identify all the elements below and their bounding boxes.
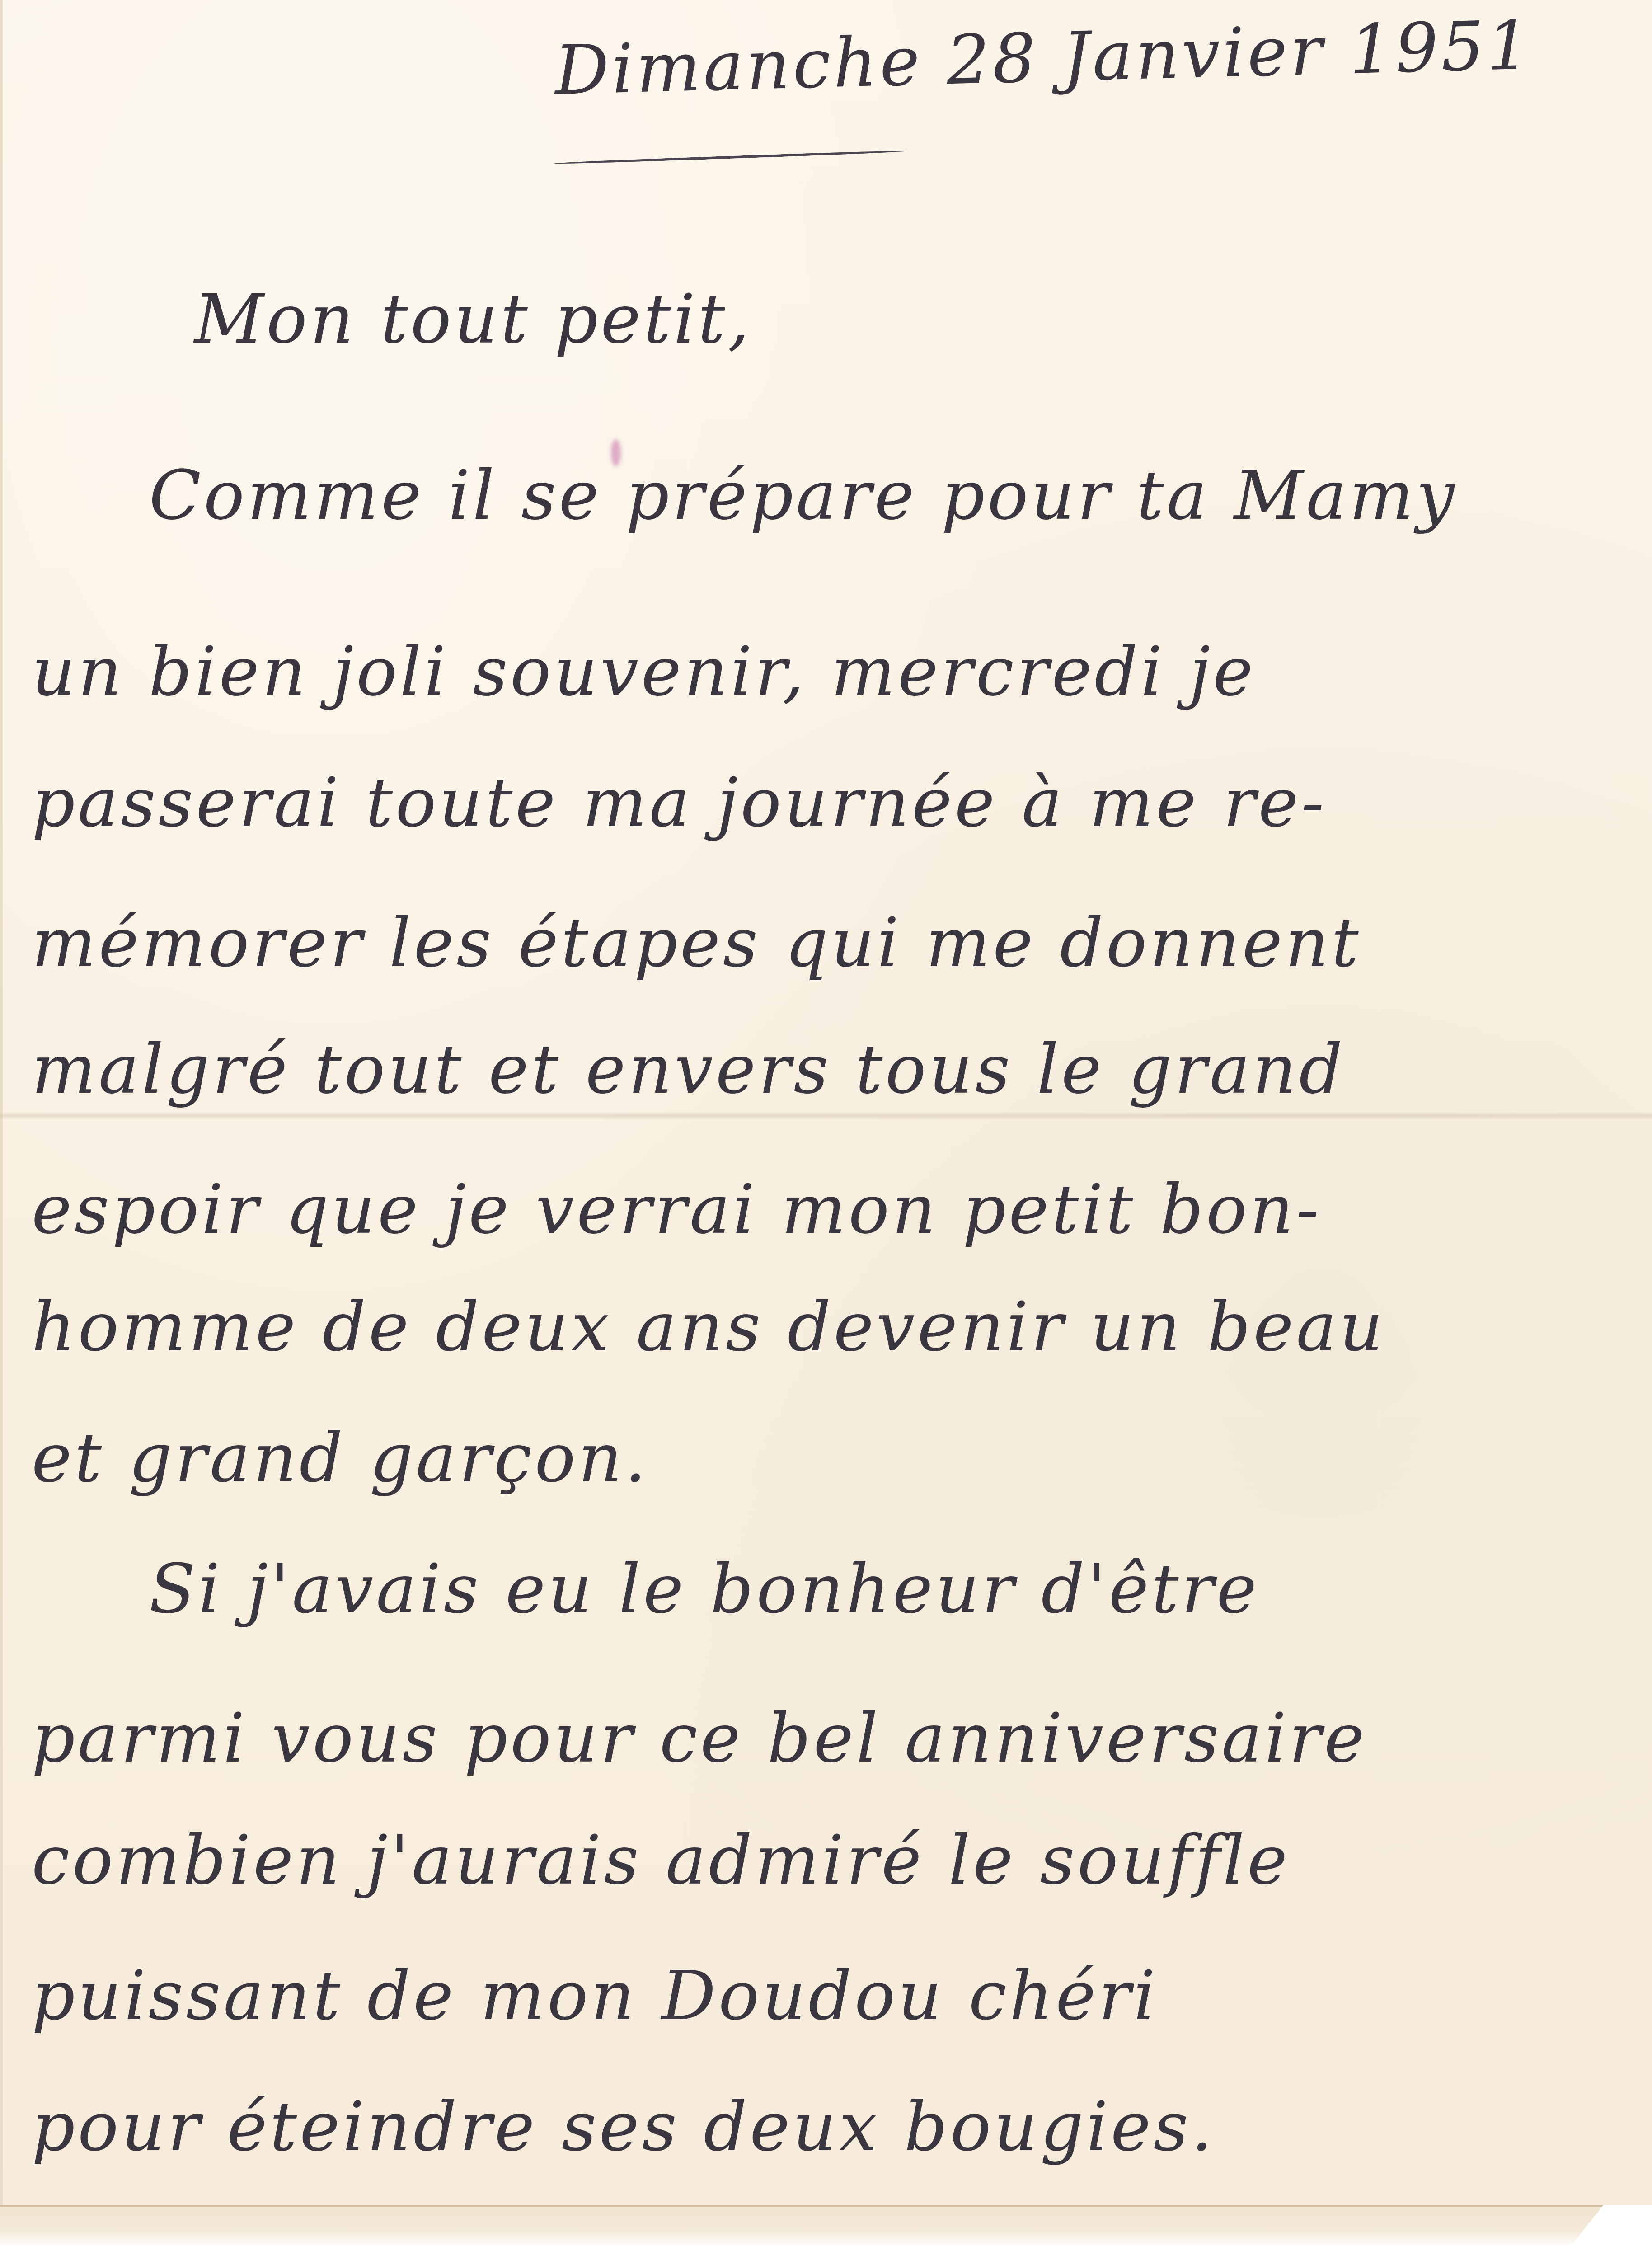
date-underline	[554, 150, 906, 164]
letter-line: passerai toute ma journée à me re-	[32, 764, 1327, 842]
letter-line: homme de deux ans devenir un beau	[32, 1288, 1386, 1367]
letter-line: parmi vous pour ce bel anniversaire	[32, 1699, 1367, 1778]
letter-line: et grand garçon.	[32, 1419, 649, 1498]
letter-line: puissant de mon Doudou chéri	[32, 1957, 1158, 2035]
paper-fold-line	[0, 1112, 1652, 1120]
letter-date: Dimanche 28 Janvier 1951	[554, 6, 1534, 110]
letter-line: malgré tout et envers tous le grand	[32, 1030, 1345, 1109]
letter-line: Comme il se prépare pour ta Mamy	[149, 456, 1457, 535]
letter-line: Si j'avais eu le bonheur d'être	[149, 1550, 1259, 1629]
paper-bottom-edge	[0, 2205, 1652, 2246]
letter-line: mémorer les étapes qui me donnent	[32, 904, 1361, 982]
letter-line: espoir que je verrai mon petit bon-	[32, 1170, 1322, 1249]
letter-salutation: Mon tout petit,	[194, 280, 752, 359]
letter-line: un bien joli souvenir, mercredi je	[32, 633, 1256, 711]
letter-sheet: Dimanche 28 Janvier 1951 Mon tout petit,…	[0, 0, 1652, 2205]
letter-line: combien j'aurais admiré le souffle	[32, 1821, 1290, 1900]
letter-line: pour éteindre ses deux bougies.	[32, 2088, 1215, 2166]
